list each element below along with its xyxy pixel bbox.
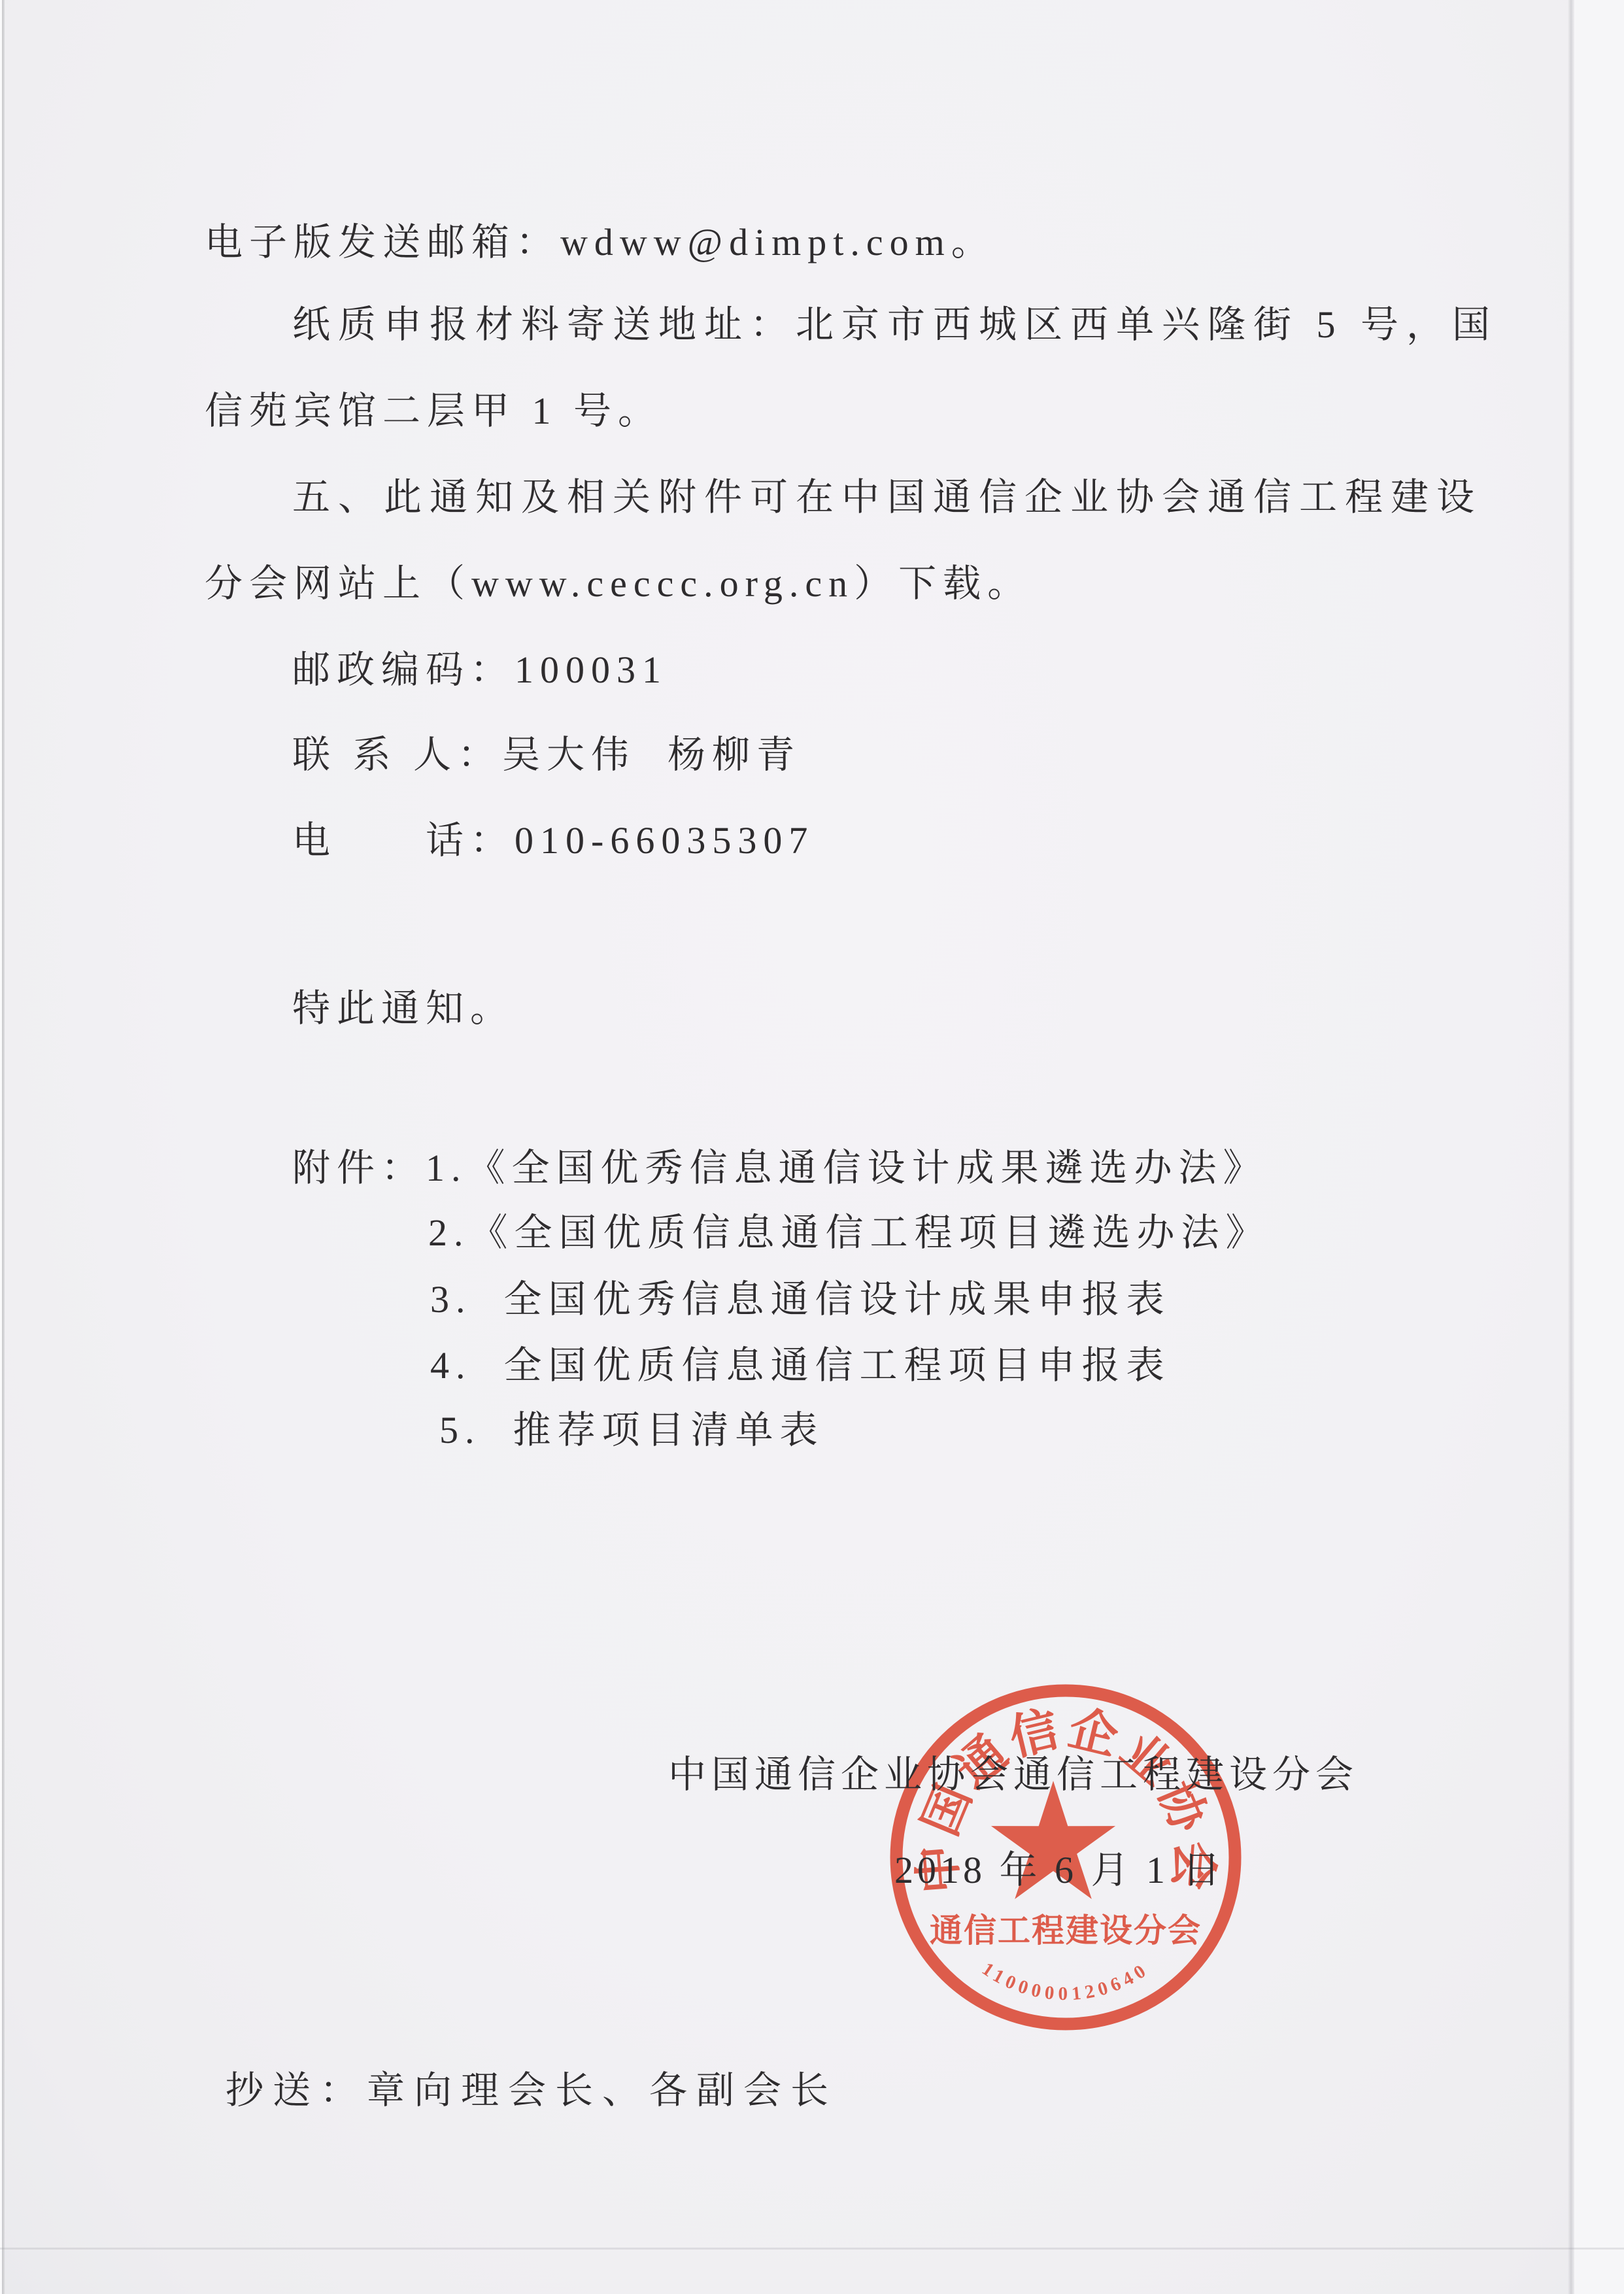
line-attachment-4: 4. 全国优质信息通信工程项目申报表: [430, 1343, 1171, 1389]
line-item-five: 五、此通知及相关附件可在中国通信企业协会通信工程建设: [292, 475, 1482, 520]
line-attachment-5: 5. 推荐项目清单表: [439, 1408, 824, 1453]
seal-bottom-text: 通信工程建设分会: [930, 1912, 1202, 1949]
line-contacts: 联 系 人：吴大伟 杨柳青: [292, 732, 801, 778]
line-signature: 中国通信企业协会通信工程建设分会: [668, 1752, 1359, 1798]
line-postcode: 邮政编码：100031: [292, 647, 668, 693]
line-phone: 电 话：010-66035307: [292, 818, 814, 864]
seal-serial-number: 1100000120640: [978, 1959, 1153, 2004]
line-date: 2018 年 6 月 1 日: [894, 1847, 1225, 1893]
line-cc: 抄送：章向理会长、各副会长: [226, 2068, 837, 2114]
line-attachment-3: 3. 全国优秀信息通信设计成果申报表: [430, 1277, 1171, 1323]
line-mailing-address: 纸质申报材料寄送地址：北京市西城区西单兴隆街 5 号，国: [292, 302, 1498, 348]
scan-shadow-right: [1568, 0, 1574, 2294]
line-attachment-1: 附件：1.《全国优秀信息通信设计成果遴选办法》: [292, 1145, 1268, 1191]
line-notice: 特此通知。: [292, 986, 515, 1032]
line-attachment-2: 2.《全国优质信息通信工程项目遴选办法》: [428, 1210, 1270, 1256]
scan-crease-bottom: [0, 2248, 1624, 2250]
scan-edge-left-line: [2, 0, 5, 2294]
line-email: 电子版发送邮箱：wdww@dimpt.com。: [205, 220, 996, 265]
scan-strip-right: [1574, 0, 1624, 2294]
line-website: 分会网站上（www.ceccc.org.cn）下载。: [205, 561, 1032, 607]
scanned-document-page: 中国通信企业协会 通信工程建设分会 1100000120640 电子版发送邮箱：…: [0, 0, 1624, 2294]
line-address-cont: 信苑宾馆二层甲 1 号。: [205, 388, 662, 434]
